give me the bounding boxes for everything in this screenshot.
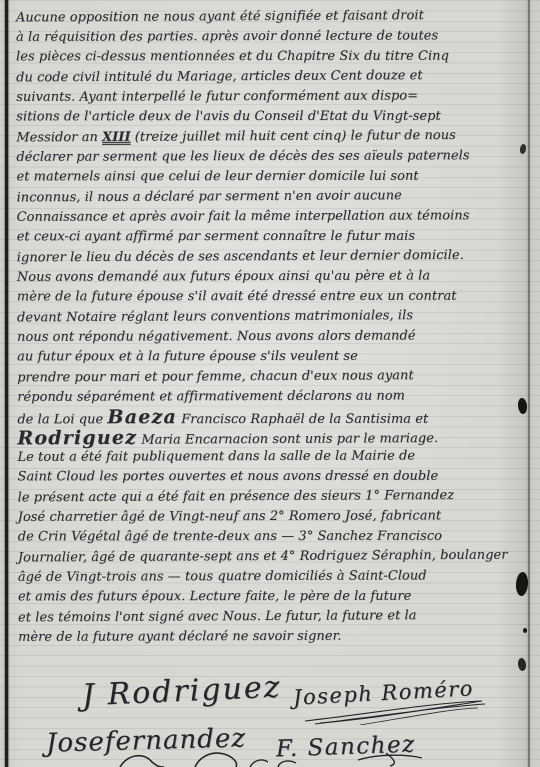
manuscript-line-groom: de la Loi que Baeza Francisco Raphaël de… (17, 407, 514, 428)
manuscript-line: Saint Cloud les portes ouvertes et nous … (18, 467, 515, 488)
ink-blot (523, 628, 527, 633)
manuscript-line: et maternels ainsi que celui de leur der… (16, 167, 513, 188)
manuscript-page: Aucune opposition ne nous ayant été sign… (0, 0, 540, 767)
ink-blot (517, 398, 528, 415)
manuscript-line: les pièces ci-dessus mentionnées et du C… (16, 47, 513, 68)
manuscript-line: de Crin Végétal âgé de trente-deux ans —… (18, 527, 515, 548)
manuscript-line: Aucune opposition ne nous ayant été sign… (16, 6, 513, 29)
line-segment: (treize juillet mil huit cent cinq) le f… (131, 128, 456, 145)
manuscript-line: répondu séparément et affirmativement dé… (17, 386, 514, 408)
manuscript-line: Connaissance et après avoir fait la même… (17, 206, 514, 228)
manuscript-line: prendre pour mari et pour femme, chacun … (17, 366, 514, 389)
manuscript-line-bride: Rodriguez Maria Encarnacion sont unis pa… (17, 426, 514, 449)
partial-signature-strokes (100, 750, 330, 767)
signature-rodriguez: J Rodriguez (81, 670, 282, 714)
line-segment: Messidor an (16, 130, 102, 145)
manuscript-line: suivants. Ayant interpellé le futur conf… (16, 86, 513, 108)
manuscript-line: à la réquisition des parties. après avoi… (16, 26, 513, 48)
manuscript-line: mère de la future ayant déclaré ne savoi… (18, 626, 515, 648)
line-segment: Maria Encarnacion sont unis par le maria… (137, 431, 438, 448)
line-segment: de la Loi que (17, 412, 107, 427)
page-binding-edge (528, 0, 530, 767)
manuscript-line: Journalier, âgé de quarante-sept ans et … (18, 546, 515, 569)
manuscript-line: déclarer par serment que les lieux de dé… (16, 146, 513, 168)
underlined-year-xiii: XIII (102, 130, 131, 145)
manuscript-line: ignorer le lieu du décès de ses ascendan… (17, 246, 514, 269)
manuscript-line: âgé de Vingt-trois ans — tous quatre dom… (18, 566, 515, 588)
manuscript-line: Le tout a été fait publiquement dans la … (17, 446, 514, 468)
bride-surname: Rodriguez (17, 427, 137, 450)
left-margin-rule (5, 0, 8, 767)
manuscript-line: et ceux-ci ayant affirmé par serment con… (17, 227, 514, 248)
manuscript-line: du code civil intitulé du Mariage, artic… (16, 66, 513, 89)
manuscript-line: Nous avons demandé aux futurs époux ains… (17, 266, 514, 288)
manuscript-line: José charretier âgé de Vingt-neuf ans 2°… (18, 506, 515, 528)
ink-blot (517, 658, 527, 672)
manuscript-line: et les témoins l'ont signé avec Nous. Le… (18, 606, 515, 629)
manuscript-line: nous ont répondu négativement. Nous avon… (17, 326, 514, 348)
manuscript-line: inconnus, il nous a déclaré par serment … (16, 186, 513, 209)
manuscript-line: devant Notaire réglant leurs conventions… (17, 306, 514, 329)
manuscript-line: au futur époux et à la future épouse s'i… (17, 347, 514, 368)
manuscript-line: et amis des futurs époux. Lecture faite,… (18, 587, 515, 608)
groom-surname: Baeza (107, 406, 177, 428)
act-text-body: Aucune opposition ne nous ayant été sign… (16, 6, 515, 648)
line-segment: Francisco Raphaël de la Santisima et (177, 412, 428, 427)
manuscript-line: le présent acte qui a été fait en présen… (18, 486, 515, 509)
sanchez-signature-flourish (356, 752, 426, 767)
manuscript-line-messidor: Messidor an XIII (treize juillet mil hui… (16, 126, 513, 149)
manuscript-line: mère de la future épouse s'il avait été … (17, 287, 514, 308)
romero-signature-flourish (300, 699, 490, 725)
ink-blot (519, 144, 527, 155)
manuscript-line: sitions de l'article deux de l'avis du C… (16, 107, 513, 128)
ink-blot (515, 572, 529, 597)
